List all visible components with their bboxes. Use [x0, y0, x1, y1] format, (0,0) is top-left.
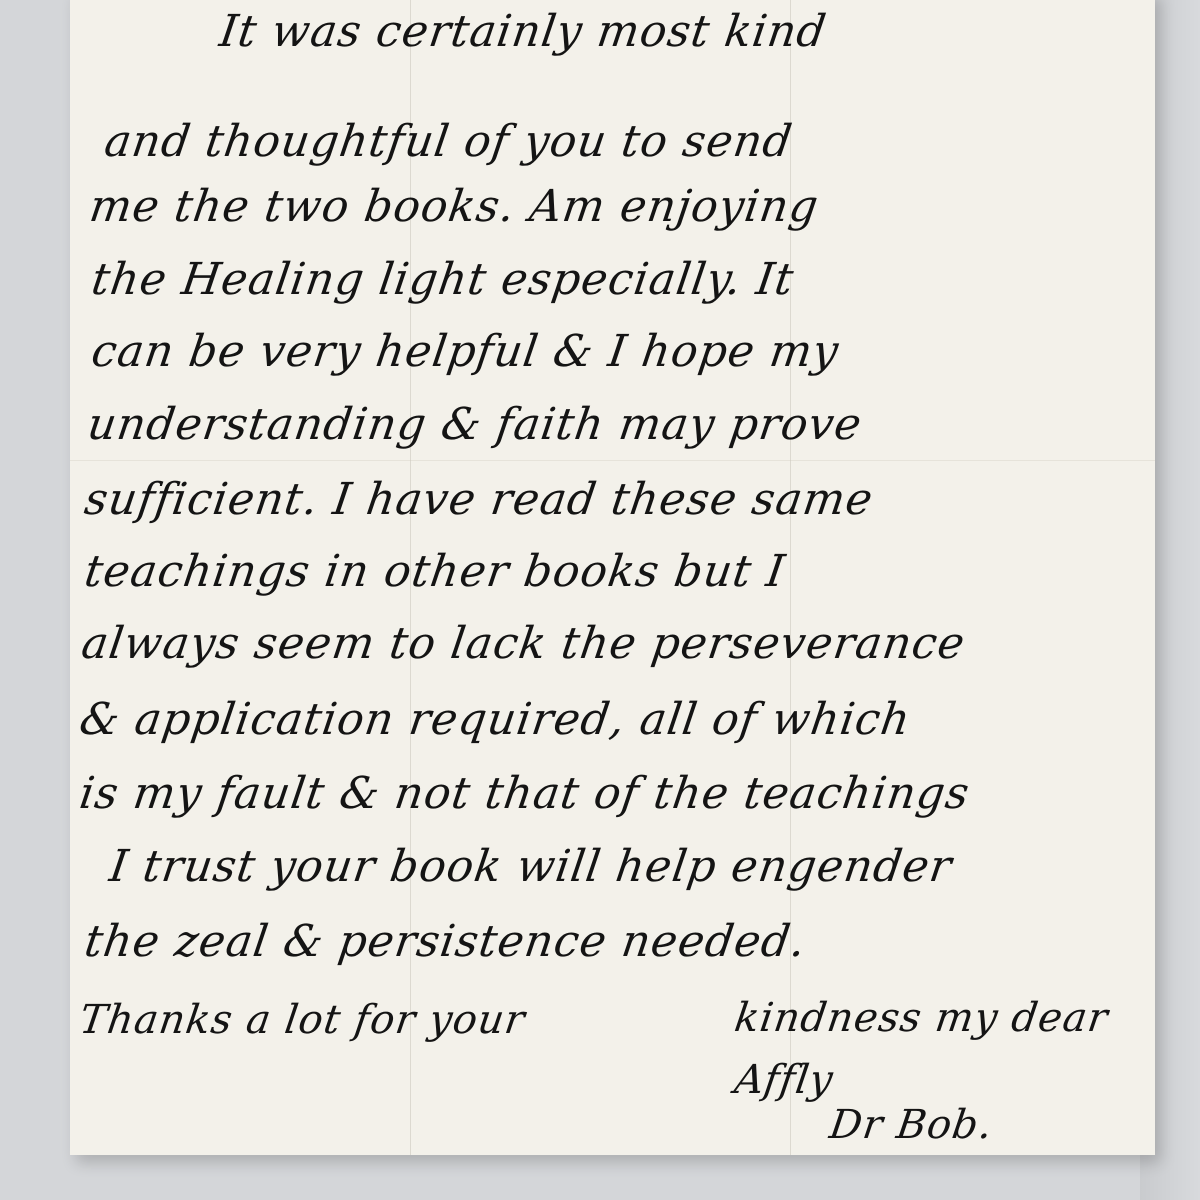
sign-off: Affly: [732, 1060, 836, 1100]
letter-line: is my fault & not that of the teachings: [77, 772, 972, 816]
letter-line: I trust your book will help engender: [107, 845, 955, 889]
letter-body: It was certainly most kind and thoughtfu…: [70, 0, 1155, 1155]
letter-page: It was certainly most kind and thoughtfu…: [70, 0, 1155, 1155]
closing-kindness: kindness my dear: [732, 998, 1111, 1038]
letter-line: always seem to lack the perseverance: [79, 622, 968, 666]
letter-line: the zeal & persistence needed.: [82, 920, 809, 964]
letter-line: and thoughtful of you to send: [102, 120, 795, 164]
letter-line: teachings in other books but I: [82, 550, 788, 594]
letter-line: the Healing light especially. It: [89, 258, 797, 302]
letter-line: It was certainly most kind: [217, 10, 829, 54]
letter-line: understanding & faith may prove: [85, 403, 865, 447]
letter-line: can be very helpful & I hope my: [89, 330, 842, 374]
letter-line: sufficient. I have read these same: [82, 478, 876, 522]
letter-line: & application required, all of which: [77, 698, 914, 742]
closing-thanks: Thanks a lot for your: [77, 1000, 528, 1040]
letter-line: me the two books. Am enjoying: [87, 185, 822, 229]
signature: Dr Bob.: [827, 1105, 995, 1145]
